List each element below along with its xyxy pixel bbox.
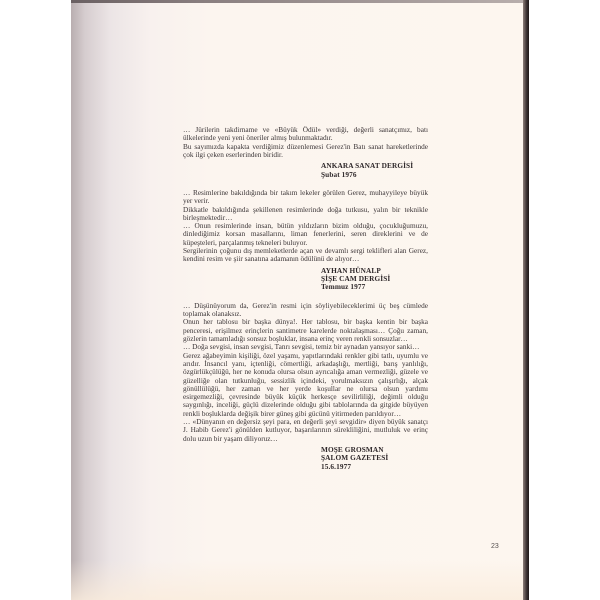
signature-date: 15.6.1977 [321,463,428,471]
paragraph: … Resimlerine bakıldığında bir takım lek… [183,189,428,206]
paragraph: Gerez ağabeyimin kişiliği, özel yaşamı, … [183,352,428,418]
quote-section-sisecam: … Resimlerine bakıldığında bir takım lek… [183,189,428,292]
paragraph: Onun her tablosu bir başka dünya!. Her t… [183,318,428,343]
signature-block: ANKARA SANAT DERGİSİ Şubat 1976 [321,162,428,179]
page-body: … Jürilerin takdirname ve «Büyük Ödül» v… [183,126,428,471]
signature-date: Temmuz 1977 [321,283,428,291]
quote-section-ankara: … Jürilerin takdirname ve «Büyük Ödül» v… [183,126,428,179]
page-edge-shadow [523,0,529,600]
paragraph: Sergilerinin çoğunu dış memleketlerde aç… [183,247,428,264]
page-number: 23 [491,543,499,550]
signature-block: AYHAN HÜNALP ŞİŞE CAM DERGİSİ Temmuz 197… [321,267,428,292]
paragraph: … Düşünüyorum da, Gerez'in resmi için sö… [183,302,428,319]
signature-block: MOŞE GROSMAN ŞALOM GAZETESİ 15.6.1977 [321,446,428,471]
paragraph: … Onun resimlerinde insan, bütün yıldızl… [183,222,428,247]
paragraph: … «Dünyanın en değersiz şeyi para, en de… [183,418,428,443]
quote-section-salom: … Düşünüyorum da, Gerez'in resmi için sö… [183,302,428,471]
paragraph: Bu sayımızda kapakta verdiğimiz düzenlem… [183,143,428,160]
paragraph: Dikkatle bakıldığında şekillenen resimle… [183,206,428,223]
signature-date: Şubat 1976 [321,171,428,179]
paragraph: … Jürilerin takdirname ve «Büyük Ödül» v… [183,126,428,143]
